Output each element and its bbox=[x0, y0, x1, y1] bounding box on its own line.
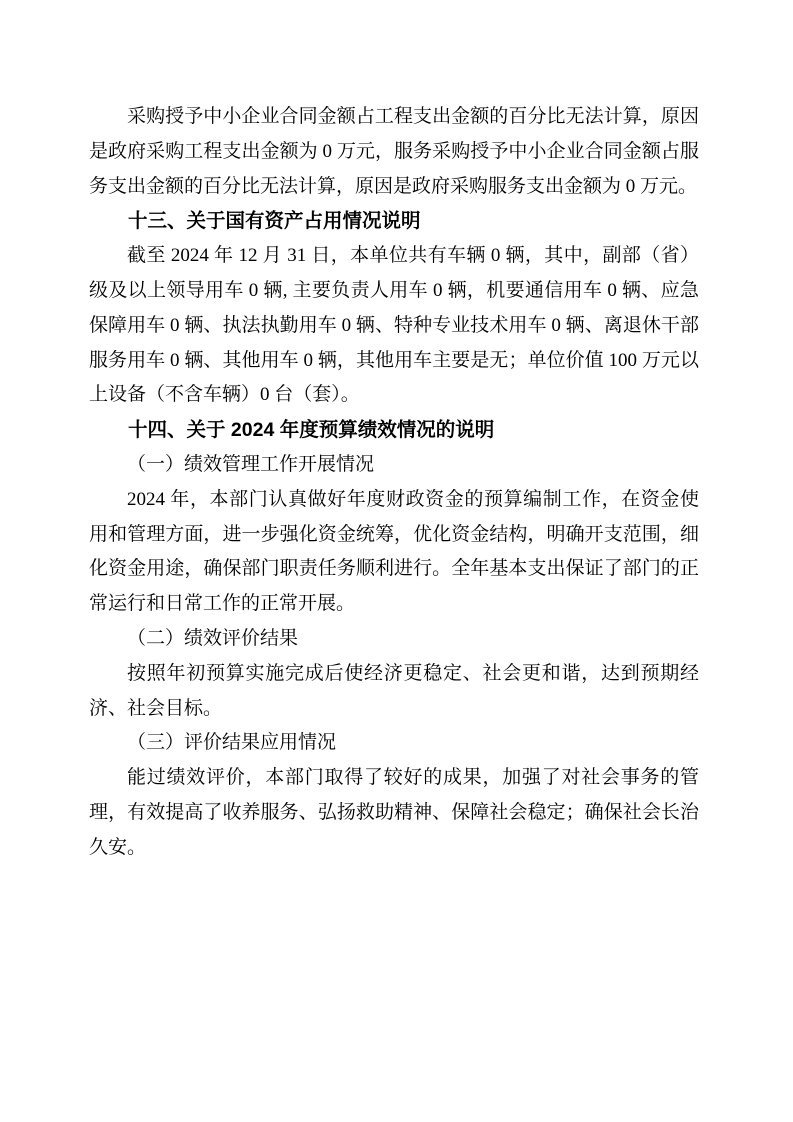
document-page: 采购授予中小企业合同金额占工程支出金额的百分比无法计算，原因是政府采购工程支出金… bbox=[0, 0, 793, 1122]
section-heading-13-state-assets: 十三、关于国有资产占用情况说明 bbox=[89, 204, 699, 239]
paragraph-results-application: 能过绩效评价，本部门取得了较好的成果，加强了对社会事务的管理，有效提高了收养服务… bbox=[89, 761, 699, 865]
sub-heading-2-evaluation-results: （二）绩效评价结果 bbox=[89, 622, 699, 657]
section-heading-14-budget-performance: 十四、关于 2024 年度预算绩效情况的说明 bbox=[89, 413, 699, 448]
paragraph-evaluation-results: 按照年初预算实施完成后使经济更稳定、社会更和谐，达到预期经济、社会目标。 bbox=[89, 657, 699, 727]
paragraph-vehicles-equipment: 截至 2024 年 12 月 31 日，本单位共有车辆 0 辆，其中，副部（省）… bbox=[89, 239, 699, 413]
sub-heading-1-performance-management: （一）绩效管理工作开展情况 bbox=[89, 448, 699, 483]
paragraph-performance-management: 2024 年，本部门认真做好年度财政资金的预算编制工作，在资金使用和管理方面，进… bbox=[89, 483, 699, 622]
paragraph-procurement-percentage: 采购授予中小企业合同金额占工程支出金额的百分比无法计算，原因是政府采购工程支出金… bbox=[89, 100, 699, 204]
sub-heading-3-results-application: （三）评价结果应用情况 bbox=[89, 726, 699, 761]
